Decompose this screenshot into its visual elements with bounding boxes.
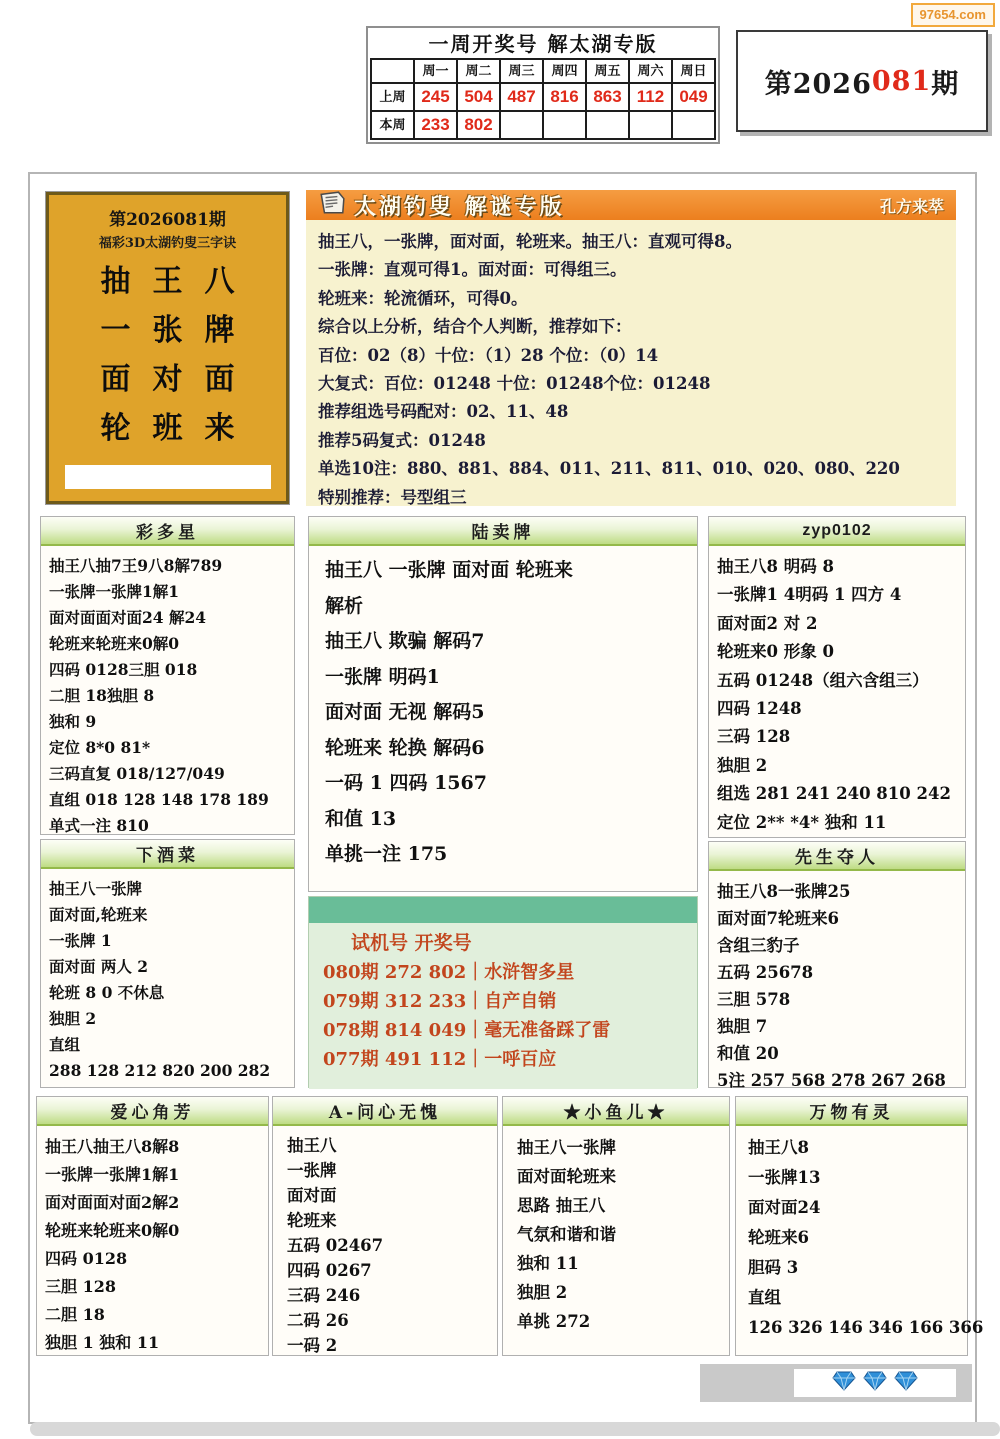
text-line: 定位 8*0 81* — [49, 735, 288, 761]
draw-number-cell: 049 — [672, 83, 715, 111]
draw-number-cell — [672, 111, 715, 139]
panel-caiduoxing: 彩多星 抽王八抽7王9八8解789一张牌一张牌1解1面对面面对面24 解24轮班… — [40, 516, 295, 835]
draw-history-row: 080期 272 802｜水浒智多星 — [323, 958, 687, 987]
panel-body: 抽王八 一张牌 面对面 轮班来解析抽王八 欺骗 解码7一张牌 明码1面对面 无视… — [309, 546, 697, 877]
text-line: 轮班 8 0 不休息 — [49, 980, 288, 1006]
text-line: 独胆 2 — [49, 1006, 288, 1032]
weekday-header-cell: 周四 — [543, 59, 586, 83]
panel-title-text: A-问心无愧 — [329, 1098, 441, 1123]
text-line: 抽王八 一张牌 面对面 轮班来 — [325, 553, 691, 589]
text-line: 面对面 两人 2 — [49, 954, 288, 980]
panel-title-text: 万物有灵 — [810, 1098, 894, 1123]
banner-right-label: 孔方来萃 — [880, 194, 944, 217]
text-line: 一张牌一张牌1解1 — [49, 579, 288, 605]
text-line: 轮班来轮班来0解0 — [49, 631, 288, 657]
weekly-numbers-box: 一周开奖号 解太湖专版 周一周二周三周四周五周六周日 上周 2455044878… — [366, 26, 720, 144]
text-line: 定位 2** *4* 独和 11 — [717, 809, 959, 837]
panel-title: 陆卖牌 — [309, 517, 697, 546]
text-line: 抽王八8 明码 8 — [717, 553, 959, 581]
text-line: 288 128 212 820 200 282 — [49, 1058, 288, 1084]
draw-history-row: 079期 312 233｜自产自销 — [323, 987, 687, 1016]
weekday-header-cell: 周五 — [586, 59, 629, 83]
page: 97654.com 一周开奖号 解太湖专版 周一周二周三周四周五周六周日 上周 … — [0, 0, 1000, 1439]
text-line: 四码 1248 — [717, 695, 959, 723]
text-line: 二胆 18独胆 8 — [49, 683, 288, 709]
panel-title-text: 先生夺人 — [795, 843, 879, 868]
text-line: 独和 9 — [49, 709, 288, 735]
panel-title: 爱心角芳 — [37, 1097, 268, 1126]
text-line: 和值 13 — [325, 802, 691, 838]
panel-body: 抽王八一张牌面对面轮班来思路 抽王八气氛和谐和谐独和 11独胆 2单挑 272 — [503, 1126, 729, 1340]
draw-number-cell: 802 — [457, 111, 500, 139]
text-line: 独胆 1 独和 11 — [45, 1329, 262, 1357]
text-line: 组选 281 241 240 810 242 — [717, 780, 959, 808]
text-line: 三胆 128 — [45, 1273, 262, 1301]
text-line: 含组三豹子 — [717, 932, 959, 959]
text-line: 抽王八 欺骗 解码7 — [325, 624, 691, 660]
panel-title: 先生夺人 — [709, 842, 965, 871]
riddle-lines: 抽王八一张牌面对面轮班来 — [101, 257, 235, 453]
panel-body: 抽王八一张牌面对面轮班来五码 02467四码 0267三码 246二码 26一码… — [273, 1126, 497, 1362]
riddle-subtitle: 福彩3D太湖钓叟三字诀 — [99, 232, 236, 251]
text-line: 轮班来 — [287, 1208, 491, 1233]
analysis-text-area: 抽王八，一张牌，面对面，轮班来。抽王八：直观可得8。一张牌：直观可得1。面对面：… — [306, 220, 956, 506]
text-line: 四码 0128三胆 018 — [49, 657, 288, 683]
weekday-header-cell: 周一 — [414, 59, 457, 83]
draw-number-cell — [629, 111, 672, 139]
text-line: 一张牌 1 — [49, 928, 288, 954]
text-line: 单挑 272 — [517, 1307, 723, 1336]
text-line: 三码 246 — [287, 1283, 491, 1308]
panel-lumaipai: 陆卖牌 抽王八 一张牌 面对面 轮班来解析抽王八 欺骗 解码7一张牌 明码1面对… — [308, 516, 698, 892]
text-line: 抽王八 — [287, 1133, 491, 1158]
issue-prefix: 第2026 — [765, 62, 872, 101]
riddle-line: 抽王八 — [101, 257, 257, 306]
draw-number-cell: 112 — [629, 83, 672, 111]
issue-number-box: 第2026081期 — [736, 30, 988, 132]
text-line: 面对面 — [287, 1183, 491, 1208]
analysis-line: 大复式：百位：01248 十位：01248个位：01248 — [318, 370, 944, 398]
analysis-line: 特别推荐：号型组三 — [318, 484, 944, 512]
draw-history-row: 077期 491 112｜一呼百应 — [323, 1045, 687, 1074]
section-banner: 太湖钓叟 解谜专版 孔方来萃 — [306, 190, 956, 220]
weekly-table: 周一周二周三周四周五周六周日 上周 245504487816863112049 … — [370, 58, 716, 140]
issue-number: 081 — [872, 66, 931, 97]
weekday-header-cell: 周三 — [500, 59, 543, 83]
panel-title: 彩多星 — [41, 517, 294, 546]
text-line: 单式一注 810 — [49, 813, 288, 839]
panel-wanwu: 万物有灵 抽王八8一张牌13面对面24轮班来6胆码 3直组126 326 146… — [735, 1096, 968, 1356]
text-line: 思路 抽王八 — [517, 1191, 723, 1220]
panel-title: zyp0102 — [709, 517, 965, 546]
draw-number-cell — [543, 111, 586, 139]
panel-body: 抽王八一张牌面对面,轮班来一张牌 1面对面 两人 2轮班 8 0 不休息独胆 2… — [41, 869, 294, 1088]
text-line: 五码 25678 — [717, 959, 959, 986]
draw-number-cell — [500, 111, 543, 139]
text-line: 轮班来轮班来0解0 — [45, 1217, 262, 1245]
text-line: 轮班来0 形象 0 — [717, 638, 959, 666]
panel-xiaoyuer: ★小鱼儿★ 抽王八一张牌面对面轮班来思路 抽王八气氛和谐和谐独和 11独胆 2单… — [502, 1096, 730, 1356]
text-line: 面对面,轮班来 — [49, 902, 288, 928]
text-line: 126 326 146 346 166 366 — [748, 1313, 961, 1343]
text-line: 抽王八抽7王9八8解789 — [49, 553, 288, 579]
panel-zyp0102: zyp0102 抽王八8 明码 8一张牌1 4明码 1 四方 4面对面2 对 2… — [708, 516, 966, 838]
text-line: 独胆 7 — [717, 1013, 959, 1040]
analysis-line: 单选10注：880、881、884、011、211、811、010、020、08… — [318, 455, 944, 483]
panel-body: 抽王八8一张牌13面对面24轮班来6胆码 3直组126 326 146 346 … — [736, 1126, 967, 1347]
text-line: 一张牌13 — [748, 1163, 961, 1193]
text-line: 直组 — [748, 1283, 961, 1313]
text-line: 一张牌一张牌1解1 — [45, 1161, 262, 1189]
panel-aixin: 爱心角芳 抽王八抽王八8解8一张牌一张牌1解1面对面面对面2解2轮班来轮班来0解… — [36, 1096, 269, 1356]
bottom-bar — [30, 1422, 1000, 1436]
weekly-table-header-row: 周一周二周三周四周五周六周日 — [371, 59, 715, 83]
blank-strip — [65, 465, 271, 489]
gem-icon — [894, 1371, 918, 1395]
panel-title: ★小鱼儿★ — [503, 1097, 729, 1126]
panel-title: 万物有灵 — [736, 1097, 967, 1126]
text-line: 一张牌1 4明码 1 四方 4 — [717, 581, 959, 609]
text-line: 一张牌 明码1 — [325, 660, 691, 696]
weekday-header-cell — [371, 59, 414, 83]
analysis-line: 一张牌：直观可得1。面对面：可得组三。 — [318, 256, 944, 284]
text-line: 直组 — [49, 1032, 288, 1058]
text-line: 直组 018 128 148 178 189 — [49, 787, 288, 813]
panel-body: 抽王八8一张牌25面对面7轮班来6含组三豹子五码 25678三胆 578独胆 7… — [709, 871, 965, 1098]
riddle-line: 轮班来 — [101, 404, 257, 453]
text-line: 二码 26 — [287, 1308, 491, 1333]
analysis-line: 推荐5码复式：01248 — [318, 427, 944, 455]
draw-history-header — [309, 897, 697, 923]
text-line: 面对面24 — [748, 1193, 961, 1223]
text-line: 四码 0128 — [45, 1245, 262, 1273]
draw-number-cell: 863 — [586, 83, 629, 111]
text-line: 独胆 2 — [717, 752, 959, 780]
site-badge[interactable]: 97654.com — [911, 3, 996, 27]
text-line: 独和 11 — [517, 1249, 723, 1278]
text-line: 五码 01248（组六含组三） — [717, 667, 959, 695]
weekday-header-cell: 周二 — [457, 59, 500, 83]
gem-icon — [832, 1371, 856, 1395]
riddle-box: 第2026081期 福彩3D太湖钓叟三字诀 抽王八一张牌面对面轮班来 — [46, 192, 289, 504]
panel-body: 抽王八抽7王9八8解789一张牌一张牌1解1面对面面对面24 解24轮班来轮班来… — [41, 546, 294, 843]
weekday-header-cell: 周日 — [672, 59, 715, 83]
draw-number-cell: 245 — [414, 83, 457, 111]
analysis-line: 抽王八，一张牌，面对面，轮班来。抽王八：直观可得8。 — [318, 228, 944, 256]
text-line: 面对面2 对 2 — [717, 610, 959, 638]
text-line: 三胆 578 — [717, 986, 959, 1013]
panel-title-text: zyp0102 — [802, 522, 871, 540]
draw-number-cell: 233 — [414, 111, 457, 139]
banner-title: 太湖钓叟 解谜专版 — [354, 190, 565, 221]
text-line: 四码 0267 — [287, 1258, 491, 1283]
text-line: 面对面面对面2解2 — [45, 1189, 262, 1217]
riddle-issue: 第2026081期 — [109, 205, 226, 230]
panel-title-text: 爱心角芳 — [111, 1098, 195, 1123]
text-line: 抽王八一张牌 — [517, 1133, 723, 1162]
draw-number-cell: 816 — [543, 83, 586, 111]
text-line: 抽王八8一张牌25 — [717, 878, 959, 905]
issue-suffix: 期 — [931, 62, 959, 101]
text-line: 面对面 无视 解码5 — [325, 695, 691, 731]
panel-xiansheng: 先生夺人 抽王八8一张牌25面对面7轮班来6含组三豹子五码 25678三胆 57… — [708, 841, 966, 1088]
text-line: 解析 — [325, 589, 691, 625]
row-label: 上周 — [371, 83, 414, 111]
analysis-line: 推荐组选号码配对：02、11、48 — [318, 398, 944, 426]
draw-history-row: 078期 814 049｜毫无准备踩了雷 — [323, 1016, 687, 1045]
text-line: 面对面面对面24 解24 — [49, 605, 288, 631]
riddle-line: 面对面 — [101, 355, 257, 404]
weekly-table-title: 一周开奖号 解太湖专版 — [370, 30, 716, 58]
text-line: 单挑一注 175 — [325, 837, 691, 873]
panel-body: 抽王八8 明码 8一张牌1 4明码 1 四方 4面对面2 对 2轮班来0 形象 … — [709, 546, 965, 841]
text-line: 轮班来6 — [748, 1223, 961, 1253]
weekday-header-cell: 周六 — [629, 59, 672, 83]
analysis-line: 百位：02（8）十位：（1）28 个位：（0）14 — [318, 342, 944, 370]
draw-history-box: 试机号 开奖号 080期 272 802｜水浒智多星079期 312 233｜自… — [308, 896, 698, 1088]
riddle-line: 一张牌 — [101, 306, 257, 355]
row-label: 本周 — [371, 111, 414, 139]
last-week-row: 上周 245504487816863112049 — [371, 83, 715, 111]
panel-title: A-问心无愧 — [273, 1097, 497, 1126]
draw-history-body: 试机号 开奖号 080期 272 802｜水浒智多星079期 312 233｜自… — [309, 923, 697, 1089]
text-line: 面对面7轮班来6 — [717, 905, 959, 932]
draw-number-cell: 487 — [500, 83, 543, 111]
text-line: 和值 20 — [717, 1040, 959, 1067]
text-line: 5注 257 568 278 267 268 — [717, 1067, 959, 1094]
text-line: 独胆 2 — [517, 1278, 723, 1307]
panel-wenxin: A-问心无愧 抽王八一张牌面对面轮班来五码 02467四码 0267三码 246… — [272, 1096, 498, 1356]
analysis-line: 轮班来：轮流循环，可得0。 — [318, 285, 944, 313]
text-line: 五码 02467 — [287, 1233, 491, 1258]
text-line: 三码 128 — [717, 723, 959, 751]
text-line: 一张牌 — [287, 1158, 491, 1183]
text-line: 一码 2 — [287, 1333, 491, 1358]
text-line: 抽王八8 — [748, 1133, 961, 1163]
panel-body: 抽王八抽王八8解8一张牌一张牌1解1面对面面对面2解2轮班来轮班来0解0四码 0… — [37, 1126, 268, 1361]
text-line: 面对面轮班来 — [517, 1162, 723, 1191]
panel-title-text: 陆卖牌 — [472, 518, 535, 543]
draw-number-cell — [586, 111, 629, 139]
text-line: 二胆 18 — [45, 1301, 262, 1329]
panel-title-text: 下酒菜 — [136, 841, 199, 866]
text-line: 抽王八一张牌 — [49, 876, 288, 902]
text-line: 三码直复 018/127/049 — [49, 761, 288, 787]
draw-history-title: 试机号 开奖号 — [323, 929, 687, 958]
this-week-row: 本周 233802 — [371, 111, 715, 139]
gem-icon — [863, 1371, 887, 1395]
text-line: 气氛和谐和谐 — [517, 1220, 723, 1249]
text-line: 抽王八抽王八8解8 — [45, 1133, 262, 1161]
panel-title-text: ★小鱼儿★ — [564, 1098, 669, 1123]
draw-number-cell: 504 — [457, 83, 500, 111]
panel-title: 下酒菜 — [41, 840, 294, 869]
analysis-line: 综合以上分析，结合个人判断，推荐如下： — [318, 313, 944, 341]
newspaper-icon — [318, 191, 346, 219]
panel-title-text: 彩多星 — [136, 518, 199, 543]
text-line: 轮班来 轮换 解码6 — [325, 731, 691, 767]
footer-strip — [700, 1364, 972, 1402]
gem-box — [794, 1369, 956, 1397]
text-line: 一码 1 四码 1567 — [325, 766, 691, 802]
panel-xiajiucai: 下酒菜 抽王八一张牌面对面,轮班来一张牌 1面对面 两人 2轮班 8 0 不休息… — [40, 839, 295, 1088]
text-line: 胆码 3 — [748, 1253, 961, 1283]
